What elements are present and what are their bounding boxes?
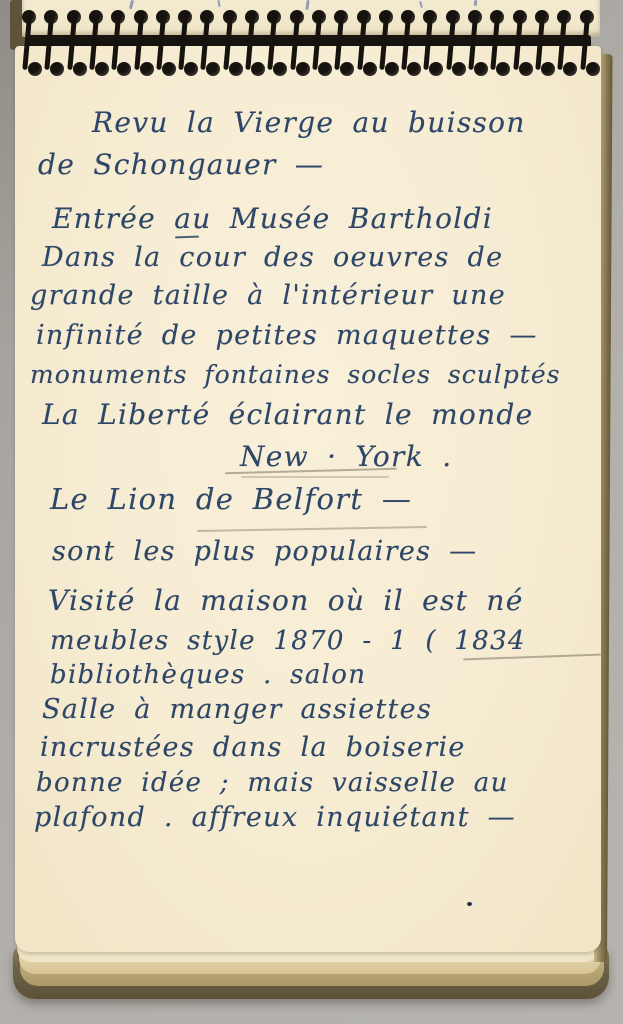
- spiral-coil: [580, 10, 598, 76]
- handwritten-line: bibliothèques . salon: [50, 660, 366, 690]
- spiral-coil: [513, 10, 531, 76]
- spiral-coil: [134, 10, 152, 76]
- handwritten-line: New · York .: [240, 440, 452, 473]
- spiral-coil: [223, 10, 241, 76]
- spiral-coil: [178, 10, 196, 76]
- photo-background: Revu la Vierge au buisson de Schongauer …: [0, 0, 623, 1024]
- handwritten-line: grande taille à l'intérieur une: [30, 280, 506, 311]
- pencil-line-belfort: [197, 526, 427, 532]
- handwritten-line: Dans la cour des oeuvres de: [42, 242, 503, 273]
- handwritten-line: plafond . affreux inquiétant —: [34, 802, 516, 833]
- spiral-coil: [446, 10, 464, 76]
- handwritten-line: sont les plus populaires —: [52, 536, 477, 567]
- spiral-coil: [401, 10, 419, 76]
- spiral-coil: [379, 10, 397, 76]
- handwritten-line: Revu la Vierge au buisson: [92, 106, 526, 139]
- spiral-coil: [468, 10, 486, 76]
- spiral-coil: [67, 10, 85, 76]
- spiral-coil: [535, 10, 553, 76]
- spiral-notebook: Revu la Vierge au buisson de Schongauer …: [0, 0, 623, 1024]
- notebook-page: Revu la Vierge au buisson de Schongauer …: [15, 46, 601, 952]
- pencil-underline-newyork-2: [241, 476, 389, 478]
- spiral-binding: [0, 0, 623, 86]
- spiral-coil: [557, 10, 575, 76]
- spiral-coil: [245, 10, 263, 76]
- handwritten-line: Visité la maison où il est né: [48, 584, 524, 617]
- musee-u-underline: [175, 236, 199, 239]
- spiral-coil: [290, 10, 308, 76]
- ink-dot: [467, 902, 472, 906]
- spiral-coil: [267, 10, 285, 76]
- spiral-coil: [156, 10, 174, 76]
- spiral-coil: [22, 10, 40, 76]
- handwritten-line: La Liberté éclairant le monde: [42, 398, 534, 431]
- handwritten-line: de Schongauer —: [38, 148, 324, 181]
- handwritten-line: bonne idée ; mais vaisselle au: [36, 768, 509, 798]
- spiral-coil: [423, 10, 441, 76]
- handwritten-line: meubles style 1870 - 1 ( 1834: [50, 626, 526, 656]
- spiral-coil: [312, 10, 330, 76]
- handwritten-line: Salle à manger assiettes: [42, 694, 432, 725]
- spiral-coil: [111, 10, 129, 76]
- handwritten-line: monuments fontaines socles sculptés: [30, 360, 560, 389]
- handwritten-line: Entrée au Musée Bartholdi: [52, 202, 493, 235]
- handwritten-line: infinité de petites maquettes —: [36, 320, 538, 351]
- handwritten-line: incrustées dans la boiserie: [40, 732, 466, 763]
- spiral-coil: [334, 10, 352, 76]
- handwritten-line: Le Lion de Belfort —: [50, 482, 412, 516]
- spiral-coil: [44, 10, 62, 76]
- spiral-coil: [89, 10, 107, 76]
- spiral-coil: [200, 10, 218, 76]
- spiral-coil: [490, 10, 508, 76]
- spiral-coil: [357, 10, 375, 76]
